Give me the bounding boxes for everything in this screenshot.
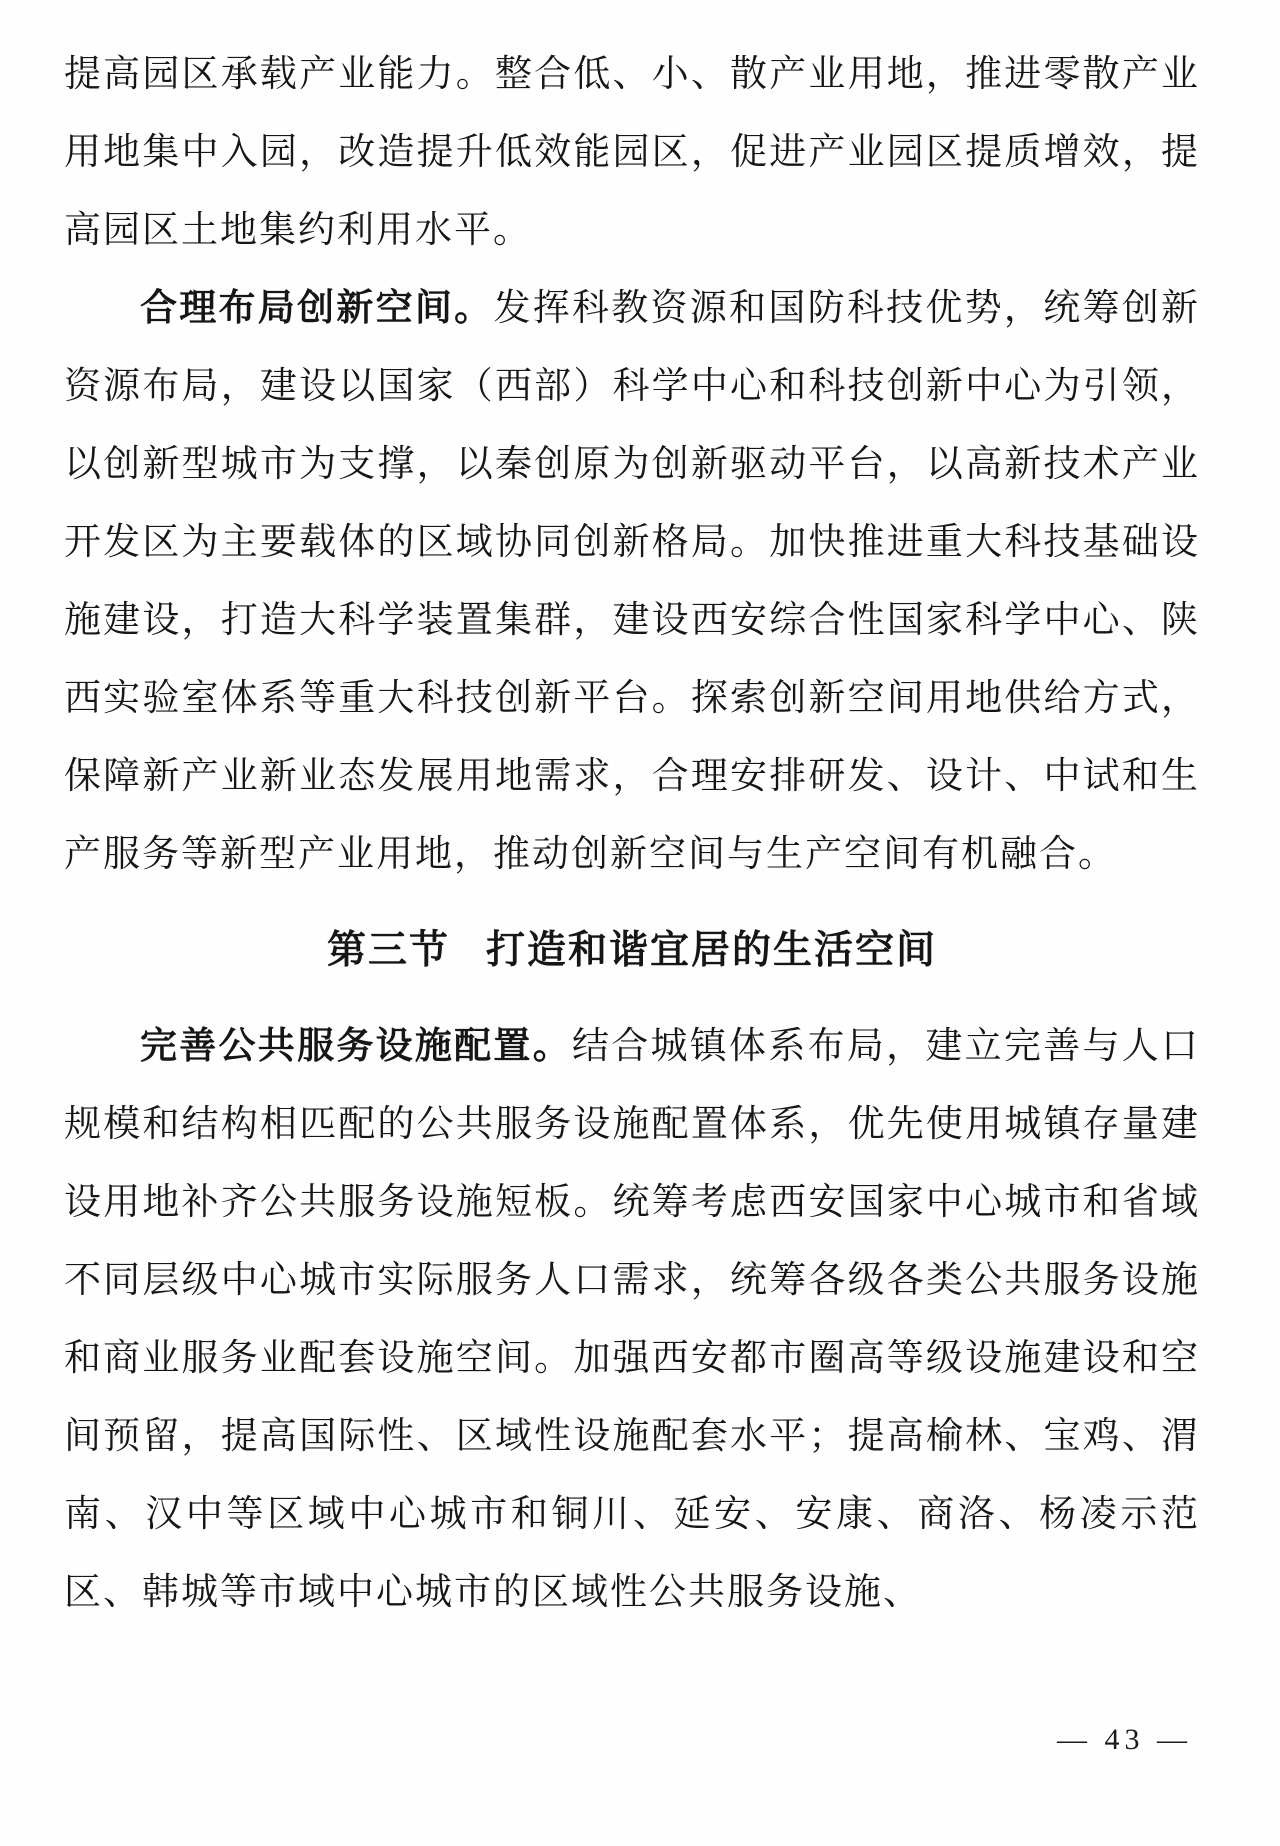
page-content: 提高园区承载产业能力。整合低、小、散产业用地，推进零散产业用地集中入园，改造提升… xyxy=(64,36,1200,1632)
paragraph-text: 提高园区承载产业能力。整合低、小、散产业用地，推进零散产业用地集中入园，改造提升… xyxy=(64,54,1200,251)
section-heading: 第三节打造和谐宜居的生活空间 xyxy=(64,912,1200,990)
section-number: 第三节 xyxy=(327,929,450,972)
paragraph-bold-lead: 合理布局创新空间。 xyxy=(140,288,493,329)
document-page: 提高园区承载产业能力。整合低、小、散产业用地，推进零散产业用地集中入园，改造提升… xyxy=(0,0,1280,1846)
paragraph-innovation-space: 合理布局创新空间。发挥科教资源和国防科技优势，统筹创新资源布局，建设以国家（西部… xyxy=(64,270,1200,894)
section-title: 打造和谐宜居的生活空间 xyxy=(486,929,937,972)
paragraph-bold-lead: 完善公共服务设施配置。 xyxy=(140,1026,572,1067)
paragraph-text: 结合城镇体系布局，建立完善与人口规模和结构相匹配的公共服务设施配置体系，优先使用… xyxy=(64,1026,1200,1613)
page-number: — 43 — xyxy=(1057,1720,1192,1760)
paragraph-public-services: 完善公共服务设施配置。结合城镇体系布局，建立完善与人口规模和结构相匹配的公共服务… xyxy=(64,1008,1200,1632)
paragraph-industrial-land: 提高园区承载产业能力。整合低、小、散产业用地，推进零散产业用地集中入园，改造提升… xyxy=(64,36,1200,270)
paragraph-text: 发挥科教资源和国防科技优势，统筹创新资源布局，建设以国家（西部）科学中心和科技创… xyxy=(64,288,1200,875)
